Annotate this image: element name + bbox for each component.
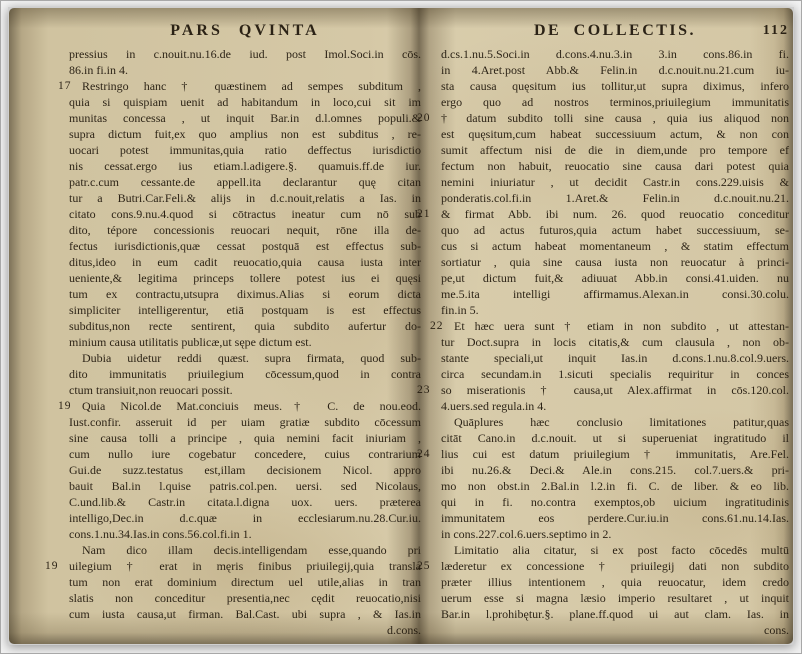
paragraph-number: 22 <box>417 318 439 334</box>
text-line: d.cons. <box>69 622 421 638</box>
text-line: supra dictum fuit,ex quo amplius non est… <box>69 126 421 142</box>
text-line-content: præter illius intentionem , quia reuocat… <box>441 575 789 589</box>
text-line-content: d.cs.1.nu.5.Soci.in d.cons.4.nu.3.in 3.i… <box>441 47 789 61</box>
text-line: ueniente,& legitima princeps tollere pot… <box>69 270 421 286</box>
text-line-content: Limitatio alia citatur, si ex post facto… <box>454 543 789 557</box>
left-running-title: PARS QVINTA <box>69 22 421 44</box>
text-line-content: sine causa tolli a principe , quia nemin… <box>69 431 421 445</box>
text-line-content: sta causa quęsitum ius tollitur,ut supra… <box>441 79 789 93</box>
text-line-content: est quęsitum,cum habeat successiuum actu… <box>441 127 789 141</box>
text-line: nis cessat.ergo ius etiam.l.adigere.§. q… <box>69 158 421 174</box>
text-line-content: fectum non habuit, reuocatio sine causa … <box>441 159 789 173</box>
text-line: bauit Bal.in l.quise patris.col.pen. uer… <box>69 478 421 494</box>
text-line-content: uilegium † erat in męris finibus priuile… <box>69 559 421 573</box>
text-line-content: 4.uers.sed regula.in 4. <box>441 399 546 413</box>
text-line-content: sumit affectum nisi de die in diem,unde … <box>441 143 789 157</box>
text-line: 25læderetur ex concessione † priuilegij … <box>441 558 789 574</box>
paragraph-number: 21 <box>417 206 439 222</box>
right-text-block: d.cs.1.nu.5.Soci.in d.cons.4.nu.3.in 3.i… <box>441 46 789 638</box>
text-line: Limitatio alia citatur, si ex post facto… <box>441 542 789 558</box>
text-line: slatis non conceditur presentia,nec cędi… <box>69 590 421 606</box>
text-line: 20† datum subdito tolli sine causa , qui… <box>441 110 789 126</box>
text-line: in 4.Aret.post Abb.& Felin.in d.c.nouit.… <box>441 62 789 78</box>
text-line-content: læderetur ex concessione † priuilegij da… <box>441 559 789 573</box>
text-line: Dubia uidetur reddi quæst. supra firmata… <box>69 350 421 366</box>
text-line-content: quia si quispiam uenit ad habitandum in … <box>69 95 421 109</box>
text-line-content: citato cons.9.nu.4.quod si cōtractus ine… <box>69 207 421 221</box>
text-line: uerum esse si magna læsio imperio result… <box>441 590 789 606</box>
paragraph-number: 24 <box>417 446 439 462</box>
text-line: præter illius intentionem , quia reuocat… <box>441 574 789 590</box>
text-line-content: Gui.de suzz.testatus est,illam decisione… <box>69 463 421 477</box>
text-line: est quęsitum,cum habeat successiuum actu… <box>441 126 789 142</box>
text-line-content: ponderatis.col.fi.in 1.Aret.& Felin.in d… <box>441 191 789 205</box>
text-line-content: ergo quo ad nostros terminos,priuilegium… <box>441 95 789 109</box>
text-line: 22Et hæc uera sunt † etiam in non subdit… <box>441 318 789 334</box>
text-line: fin.in 5. <box>441 302 789 318</box>
text-line: fectum non habuit, reuocatio sine causa … <box>441 158 789 174</box>
text-line: cus si actum habeat momentaneum , & stat… <box>441 238 789 254</box>
text-line-content: supra dictum fuit,ex quo amplius non est… <box>69 127 421 141</box>
text-line: ctum transiuit,non reuocari possit. <box>69 382 421 398</box>
text-line: cum iusta causa,ut firman. Bal.Cast. ubi… <box>69 606 421 622</box>
screenshot-frame: PARS QVINTA pressius in c.nouit.nu.16.de… <box>0 0 802 654</box>
text-line-content: bauit Bal.in l.quise patris.col.pen. uer… <box>69 479 421 493</box>
text-line: sortiatur , quia sine causa iusta non re… <box>441 254 789 270</box>
text-line-content: & firmat Abb. ibi num. 26. quod reuocati… <box>441 207 789 221</box>
text-line: uocari potest immunitas,quia ratio deffe… <box>69 142 421 158</box>
text-line: tum ex contractu,utsupra diximus.Alias s… <box>69 286 421 302</box>
text-line: qui in fi. no.contra exemptos,ob uicium … <box>441 494 789 510</box>
text-line: patr.c.cum cessante.de appell.ita declar… <box>69 174 421 190</box>
text-line: cons. <box>441 622 789 638</box>
text-line: dito, tépore concessionis reuocari nequi… <box>69 222 421 238</box>
text-line-content: stante speciali,ut inquit Ias.in d.cons.… <box>441 351 789 365</box>
text-line: minium causa utilitatis publicæ,ut sępe … <box>69 334 421 350</box>
right-running-title: DE COLLECTIS. 112 <box>441 22 789 44</box>
text-line-content: Quāplures hæc conclusio limitationes pat… <box>454 415 789 429</box>
text-line: ditus,ideo in eum cadit reuocatio,quia c… <box>69 254 421 270</box>
text-line: 19uilegium † erat in męris finibus priui… <box>69 558 421 574</box>
text-line-content: intelligo,Dec.in d.c.quæ in ecclesiarum.… <box>69 511 421 525</box>
text-line-content: lius cui est datum priuilegium † immunit… <box>441 447 789 461</box>
text-line-content: dito immunitatis priuilegium cōcessum,qu… <box>69 367 421 381</box>
text-line: ergo quo ad nostros terminos,priuilegium… <box>441 94 789 110</box>
right-page: DE COLLECTIS. 112 d.cs.1.nu.5.Soci.in d.… <box>441 22 789 638</box>
text-line-content: slatis non conceditur presentia,nec cędi… <box>69 591 421 605</box>
text-line-content: patr.c.cum cessante.de appell.ita declar… <box>69 175 421 189</box>
text-line: 86.in fi.in 4. <box>69 62 421 78</box>
text-line-content: subditus,non recte sentirent, quia subdi… <box>69 319 421 333</box>
text-line: citāt Cano.in d.c.nouit. ut si superueni… <box>441 430 789 446</box>
text-line-content: † datum subdito tolli sine causa , quia … <box>441 111 789 125</box>
text-line-content: simpliciter intelligerentur, etiā postqu… <box>69 303 421 317</box>
text-line-content: sortiatur , quia sine causa iusta non re… <box>441 255 789 269</box>
text-line-content: tur a Butri.Car.Feli.& alijs in d.c.noui… <box>69 191 421 205</box>
text-line: cum nullo iure cogebatur concedere, cuiu… <box>69 446 421 462</box>
text-line-content: Iust.confir. asseruit id per uiam gratiæ… <box>69 415 421 429</box>
text-line: me.5.ita intelligi affirmamus.Alexan.in … <box>441 286 789 302</box>
text-line: Quāplures hæc conclusio limitationes pat… <box>441 414 789 430</box>
text-line: sumit affectum nisi de die in diem,unde … <box>441 142 789 158</box>
text-line: 4.uers.sed regula.in 4. <box>441 398 789 414</box>
text-line: Gui.de suzz.testatus est,illam decisione… <box>69 462 421 478</box>
text-line-content: Dubia uidetur reddi quæst. supra firmata… <box>82 351 421 365</box>
text-line: munitas concessa , ut inquit Bar.in d.l.… <box>69 110 421 126</box>
text-line-content: mo non obst.in 2.Bal.in l.2.in fi. C. de… <box>441 479 789 493</box>
right-running-title-text: DE COLLECTIS. <box>534 22 696 39</box>
text-line-content: quo ad actus futuros,quia actum habet su… <box>441 223 789 237</box>
text-line: Bar.in l.prohibętur.§. plane.ff.quod ui … <box>441 606 789 622</box>
text-line-content: nis cessat.ergo ius etiam.l.adigere.§. q… <box>69 159 421 173</box>
text-line: mo non obst.in 2.Bal.in l.2.in fi. C. de… <box>441 478 789 494</box>
text-line-content: uocari potest immunitas,quia ratio deffe… <box>69 143 421 157</box>
text-line: sine causa tolli a principe , quia nemin… <box>69 430 421 446</box>
text-line: immunitatem eos perdere.Cur.iu.in cons.6… <box>441 510 789 526</box>
text-line-content: cons. <box>764 623 789 637</box>
text-line-content: munitas concessa , ut inquit Bar.in d.l.… <box>69 111 421 125</box>
text-line: quia si quispiam uenit ad habitandum in … <box>69 94 421 110</box>
page-number: 112 <box>763 23 789 39</box>
text-line: tur Doct.supra in locis citatis,& cum cl… <box>441 334 789 350</box>
text-line: in cons.227.col.6.uers.septimo in 2. <box>441 526 789 542</box>
text-line-content: qui in fi. no.contra exemptos,ob uicium … <box>441 495 789 509</box>
text-line-content: ditus,ideo in eum cadit reuocatio,quia c… <box>69 255 421 269</box>
text-line: 21& firmat Abb. ibi num. 26. quod reuoca… <box>441 206 789 222</box>
text-line: tur a Butri.Car.Feli.& alijs in d.c.noui… <box>69 190 421 206</box>
text-line-content: uerum esse si magna læsio imperio result… <box>441 591 789 605</box>
text-line-content: cum iusta causa,ut firman. Bal.Cast. ubi… <box>69 607 421 621</box>
text-line: quo ad actus futuros,quia actum habet su… <box>441 222 789 238</box>
text-line-content: C.und.lib.& Castr.in citata.l.digna uox.… <box>69 495 421 509</box>
text-line: nemini iniuriatur , ut decidit Castr.in … <box>441 174 789 190</box>
text-line: 17Restringo hanc † quæstinem ad sempes s… <box>69 78 421 94</box>
text-line-content: cons.1.nu.34.Ias.in cons.56.col.fi.in 1. <box>69 527 252 541</box>
text-line-content: nemini iniuriatur , ut decidit Castr.in … <box>441 175 789 189</box>
left-text-block: pressius in c.nouit.nu.16.de iud. post I… <box>69 46 421 638</box>
text-line-content: fin.in 5. <box>441 303 479 317</box>
text-line: fectus iurisdictionis,quæ cessat postquā… <box>69 238 421 254</box>
text-line: cons.1.nu.34.Ias.in cons.56.col.fi.in 1. <box>69 526 421 542</box>
text-line: sta causa quęsitum ius tollitur,ut supra… <box>441 78 789 94</box>
text-line-content: immunitatem eos perdere.Cur.iu.in cons.6… <box>441 511 789 525</box>
text-line-content: ueniente,& legitima princeps tollere pot… <box>69 271 421 285</box>
text-line-content: in 4.Aret.post Abb.& Felin.in d.c.nouit.… <box>441 63 789 77</box>
text-line: d.cs.1.nu.5.Soci.in d.cons.4.nu.3.in 3.i… <box>441 46 789 62</box>
paragraph-number: 20 <box>417 110 439 126</box>
text-line: ponderatis.col.fi.in 1.Aret.& Felin.in d… <box>441 190 789 206</box>
text-line-content: tur Doct.supra in locis citatis,& cum cl… <box>441 335 789 349</box>
text-line-content: minium causa utilitatis publicæ,ut sępe … <box>69 335 312 349</box>
paragraph-number: 17 <box>45 78 67 94</box>
text-line: stante speciali,ut inquit Ias.in d.cons.… <box>441 350 789 366</box>
text-line-content: 86.in fi.in 4. <box>69 63 128 77</box>
left-page: PARS QVINTA pressius in c.nouit.nu.16.de… <box>69 22 421 638</box>
book-scan-photo: PARS QVINTA pressius in c.nouit.nu.16.de… <box>8 7 794 645</box>
text-line-content: fectus iurisdictionis,quæ cessat postquā… <box>69 239 421 253</box>
text-line-content: Bar.in l.prohibętur.§. plane.ff.quod ui … <box>441 607 789 621</box>
text-line-content: dito, tépore concessionis reuocari nequi… <box>69 223 421 237</box>
text-line-content: pressius in c.nouit.nu.16.de iud. post I… <box>69 47 421 61</box>
text-line: Nam dico illam decis.intelligendam esse,… <box>69 542 421 558</box>
text-line: circa secundam.in 1.sicuti specialis req… <box>441 366 789 382</box>
text-line: pe,ut dictum fuit,& adiuuat Abb.in consi… <box>441 270 789 286</box>
text-line-content: citāt Cano.in d.c.nouit. ut si superueni… <box>441 431 789 445</box>
text-line-content: ctum transiuit,non reuocari possit. <box>69 383 233 397</box>
text-line-content: Et hæc uera sunt † etiam in non subdito … <box>454 319 789 333</box>
text-line-content: Restringo hanc † quæstinem ad sempes sub… <box>82 79 421 93</box>
open-book-spread: PARS QVINTA pressius in c.nouit.nu.16.de… <box>9 8 793 644</box>
paragraph-number: 25 <box>417 558 439 574</box>
text-line: ibi nu.26.& Deci.& Ale.in cons.215. col.… <box>441 462 789 478</box>
text-line-content: tum ex contractu,utsupra diximus.Alias s… <box>69 287 421 301</box>
paragraph-number: 19 <box>45 558 67 574</box>
text-line: simpliciter intelligerentur, etiā postqu… <box>69 302 421 318</box>
text-line-content: so miserationis † causa,ut Alex.affirmat… <box>441 383 789 397</box>
paragraph-number: 23 <box>417 382 439 398</box>
text-line: subditus,non recte sentirent, quia subdi… <box>69 318 421 334</box>
text-line: 19Quia Nicol.de Mat.conciuis meus.† C. d… <box>69 398 421 414</box>
text-line-content: Nam dico illam decis.intelligendam esse,… <box>82 543 421 557</box>
text-line-content: cum nullo iure cogebatur concedere, cuiu… <box>69 447 421 461</box>
text-line-content: in cons.227.col.6.uers.septimo in 2. <box>441 527 611 541</box>
text-line: C.und.lib.& Castr.in citata.l.digna uox.… <box>69 494 421 510</box>
text-line: citato cons.9.nu.4.quod si cōtractus ine… <box>69 206 421 222</box>
text-line-content: cus si actum habeat momentaneum , & stat… <box>441 239 789 253</box>
text-line: dito immunitatis priuilegium cōcessum,qu… <box>69 366 421 382</box>
text-line-content: d.cons. <box>387 623 421 637</box>
text-line-content: ibi nu.26.& Deci.& Ale.in cons.215. col.… <box>441 463 789 477</box>
text-line-content: me.5.ita intelligi affirmamus.Alexan.in … <box>441 287 789 301</box>
text-line-content: Quia Nicol.de Mat.conciuis meus.† C. de … <box>82 399 421 413</box>
text-line-content: circa secundam.in 1.sicuti specialis req… <box>441 367 789 381</box>
text-line-content: pe,ut dictum fuit,& adiuuat Abb.in consi… <box>441 271 789 285</box>
text-line: 23so miserationis † causa,ut Alex.affirm… <box>441 382 789 398</box>
text-line: pressius in c.nouit.nu.16.de iud. post I… <box>69 46 421 62</box>
text-line: intelligo,Dec.in d.c.quæ in ecclesiarum.… <box>69 510 421 526</box>
text-line: Iust.confir. asseruit id per uiam gratiæ… <box>69 414 421 430</box>
text-line-content: tum non erat dominium directum uel utile… <box>69 575 421 589</box>
paragraph-number: 19 <box>45 398 67 414</box>
text-line: tum non erat dominium directum uel utile… <box>69 574 421 590</box>
text-line: 24lius cui est datum priuilegium † immun… <box>441 446 789 462</box>
